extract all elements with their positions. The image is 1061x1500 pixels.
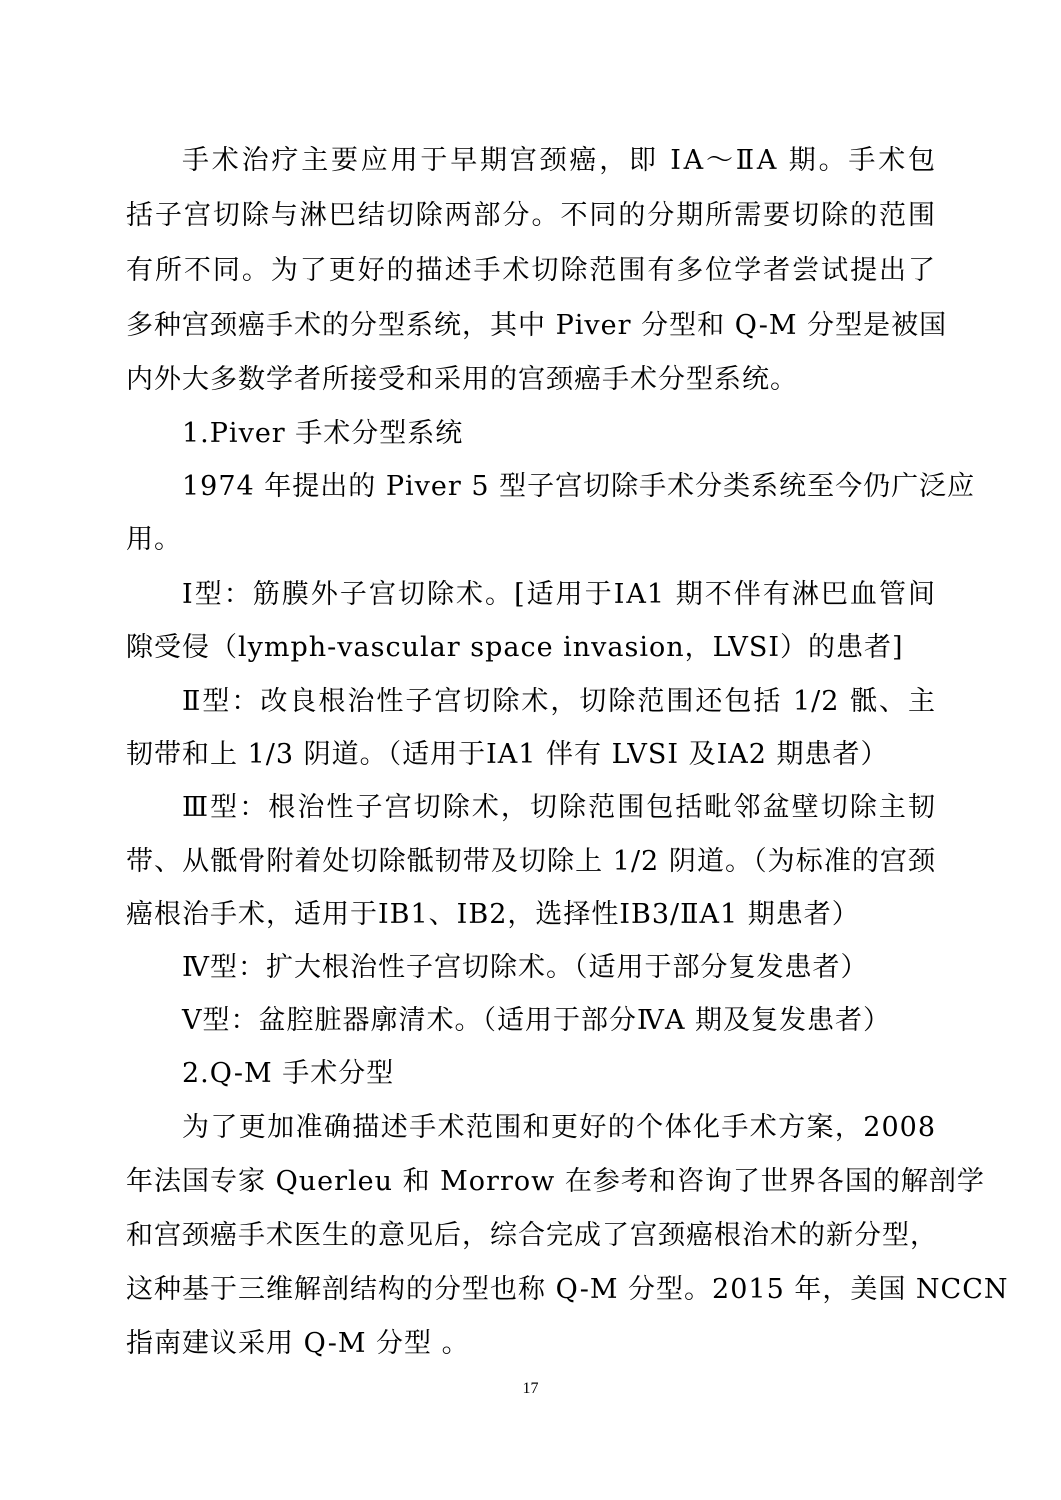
type-iii-line: Ⅲ型：根治性子宫切除术，切除范围包括毗邻盆壁切除主韧 [182,790,936,826]
paragraph-line: 1974 年提出的 Piver 5 型子宫切除手术分类系统至今仍广泛应 [182,469,936,505]
paragraph-line: 年法国专家 Querleu 和 Morrow 在参考和咨询了世界各国的解剖学 [126,1164,936,1200]
paragraph-line: 有所不同。为了更好的描述手术切除范围有多位学者尝试提出了 [126,253,936,289]
type-iii-line: 癌根治手术，适用于ⅠB1、ⅠB2，选择性ⅠB3/ⅡA1 期患者） [126,897,936,933]
paragraph-line: 括子宫切除与淋巴结切除两部分。不同的分期所需要切除的范围 [126,198,936,234]
paragraph-line: 多种宫颈癌手术的分型系统，其中 Piver 分型和 Q-M 分型是被国 [126,308,936,344]
type-v-line: Ⅴ型：盆腔脏器廓清术。（适用于部分ⅣA 期及复发患者） [182,1003,936,1039]
type-ii-line: 韧带和上 1/3 阴道。（适用于ⅠA1 伴有 LVSI 及ⅠA2 期患者） [126,737,936,773]
paragraph-line: 这种基于三维解剖结构的分型也称 Q-M 分型。2015 年，美国 NCCN [126,1272,936,1308]
paragraph-line: 内外大多数学者所接受和采用的宫颈癌手术分型系统。 [126,362,936,398]
paragraph-line: 手术治疗主要应用于早期宫颈癌，即 ⅠA～ⅡA 期。手术包 [182,143,936,179]
section-heading-piver: 1.Piver 手术分型系统 [182,416,936,452]
type-iv-line: Ⅳ型：扩大根治性子宫切除术。（适用于部分复发患者） [182,950,936,986]
paragraph-line: 和宫颈癌手术医生的意见后，综合完成了宫颈癌根治术的新分型， [126,1218,936,1254]
document-page: 手术治疗主要应用于早期宫颈癌，即 ⅠA～ⅡA 期。手术包 括子宫切除与淋巴结切除… [0,0,1061,1500]
type-i-line: Ⅰ型：筋膜外子宫切除术。[适用于ⅠA1 期不伴有淋巴血管间 [182,577,936,613]
paragraph-line: 用。 [126,522,936,558]
type-iii-line: 带、从骶骨附着处切除骶韧带及切除上 1/2 阴道。（为标准的宫颈 [126,844,936,880]
type-ii-line: Ⅱ型：改良根治性子宫切除术，切除范围还包括 1/2 骶、主 [182,684,936,720]
page-number: 17 [0,1380,1061,1398]
section-heading-qm: 2.Q-M 手术分型 [182,1056,936,1092]
paragraph-line: 指南建议采用 Q-M 分型 。 [126,1326,936,1362]
type-i-line: 隙受侵（lymph-vascular space invasion，LVSI）的… [126,630,936,666]
paragraph-line: 为了更加准确描述手术范围和更好的个体化手术方案，2008 [182,1110,936,1146]
